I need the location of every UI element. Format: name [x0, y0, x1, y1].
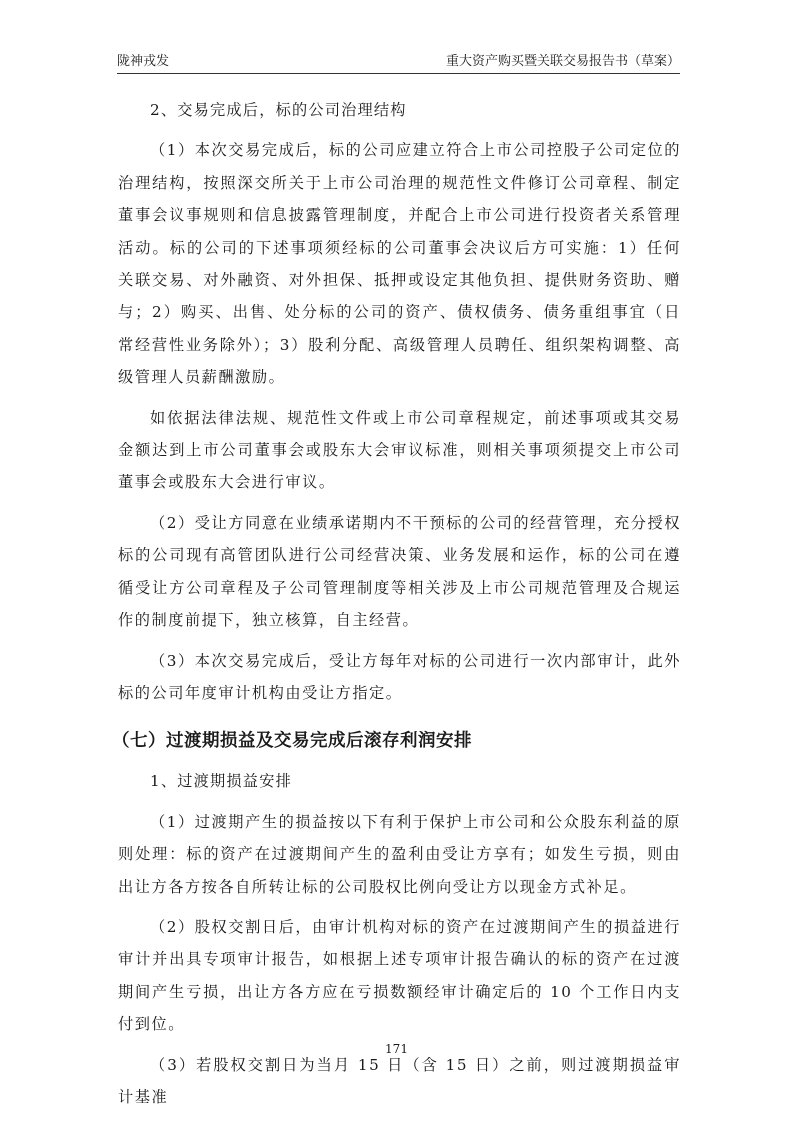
header-document-title: 重大资产购买暨关联交易报告书（草案） — [446, 52, 680, 72]
page-number: 171 — [0, 1042, 793, 1056]
paragraph-transition-2: （2）股权交割日后，由审计机构对标的资产在过渡期间产生的损益进行审计并出具专项审… — [118, 911, 681, 1041]
paragraph-transition-3: （3）若股权交割日为当月 15 日（含 15 日）之前，则过渡期损益审计基准 — [118, 1049, 681, 1114]
document-body: 2、交易完成后，标的公司治理结构 （1）本次交易完成后，标的公司应建立符合上市公… — [118, 94, 681, 1121]
paragraph-governance-2: （2）受让方同意在业绩承诺期内不干预标的公司的经营管理，充分授权标的公司现有高管… — [118, 507, 681, 637]
sub-heading-transition-pl: 1、过渡期损益安排 — [118, 765, 681, 797]
section-heading-transition: （七）过渡期损益及交易完成后滚存利润安排 — [112, 725, 681, 757]
paragraph-governance-3: （3）本次交易完成后，受让方每年对标的公司进行一次内部审计，此外标的公司年度审计… — [118, 645, 681, 710]
page-header: 陇神戎发 重大资产购买暨关联交易报告书（草案） — [117, 50, 680, 74]
paragraph-governance-1b: 如依据法律法规、规范性文件或上市公司章程规定，前述事项或其交易金额达到上市公司董… — [118, 402, 681, 499]
sub-heading-governance: 2、交易完成后，标的公司治理结构 — [118, 94, 681, 126]
header-company-name: 陇神戎发 — [117, 52, 169, 72]
paragraph-governance-1: （1）本次交易完成后，标的公司应建立符合上市公司控股子公司定位的治理结构，按照深… — [118, 134, 681, 393]
paragraph-transition-1: （1）过渡期产生的损益按以下有利于保护上市公司和公众股东利益的原则处理：标的资产… — [118, 806, 681, 903]
